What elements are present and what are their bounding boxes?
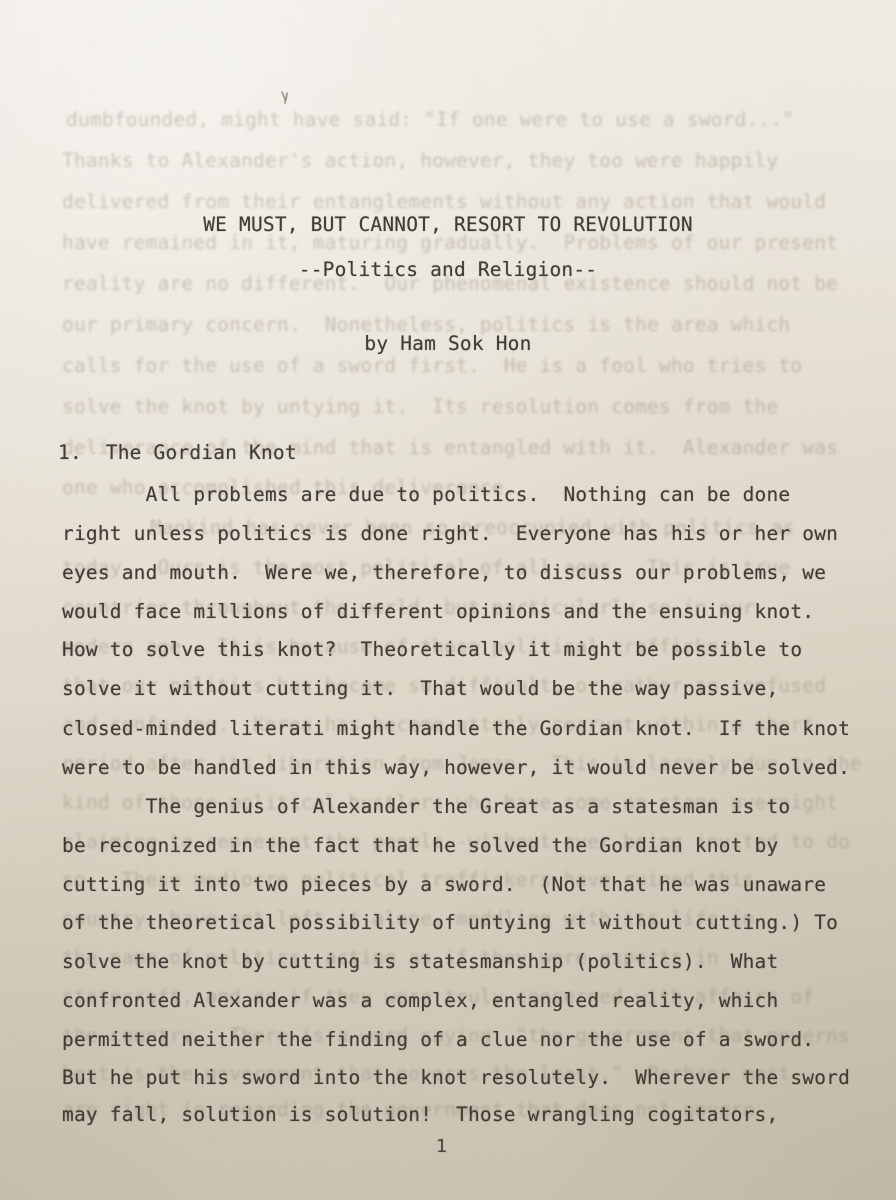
typed-line: All problems are due to politics. Nothin… xyxy=(62,483,790,506)
document-title: WE MUST, BUT CANNOT, RESORT TO REVOLUTIO… xyxy=(0,213,896,236)
document-byline: by Ham Sok Hon xyxy=(0,332,896,355)
typed-line: of the theoretical possibility of untyin… xyxy=(62,911,838,934)
typed-line: be recognized in the fact that he solved… xyxy=(62,834,778,857)
typed-text-layer: WE MUST, BUT CANNOT, RESORT TO REVOLUTIO… xyxy=(0,0,896,1200)
typed-line: may fall, solution is solution! Those wr… xyxy=(62,1103,778,1126)
typed-line: solve the knot by cutting is statesmansh… xyxy=(62,950,778,973)
section-heading: 1. The Gordian Knot xyxy=(58,441,297,464)
typed-line: But he put his sword into the knot resol… xyxy=(62,1066,850,1089)
typed-line: cutting it into two pieces by a sword. (… xyxy=(62,873,826,896)
typed-line: were to be handled in this way, however,… xyxy=(62,756,850,779)
page-number: 1 xyxy=(436,1136,447,1158)
typed-line: The genius of Alexander the Great as a s… xyxy=(62,795,790,818)
document-subtitle: --Politics and Religion-- xyxy=(0,258,896,281)
typed-line: right unless politics is done right. Eve… xyxy=(62,522,838,545)
handwritten-stray-mark xyxy=(278,90,292,108)
typed-line: eyes and mouth. Were we, therefore, to d… xyxy=(62,561,826,584)
typed-line: How to solve this knot? Theoretically it… xyxy=(62,638,802,661)
typed-line: would face millions of different opinion… xyxy=(62,600,814,623)
typed-line: confronted Alexander was a complex, enta… xyxy=(62,989,778,1012)
typed-line: closed-minded literati might handle the … xyxy=(62,717,850,740)
typed-line: solve it without cutting it. That would … xyxy=(62,677,778,700)
typed-line: permitted neither the finding of a clue … xyxy=(62,1028,814,1051)
scanned-typewritten-page: dumbfounded, might have said: "If one we… xyxy=(0,0,896,1200)
